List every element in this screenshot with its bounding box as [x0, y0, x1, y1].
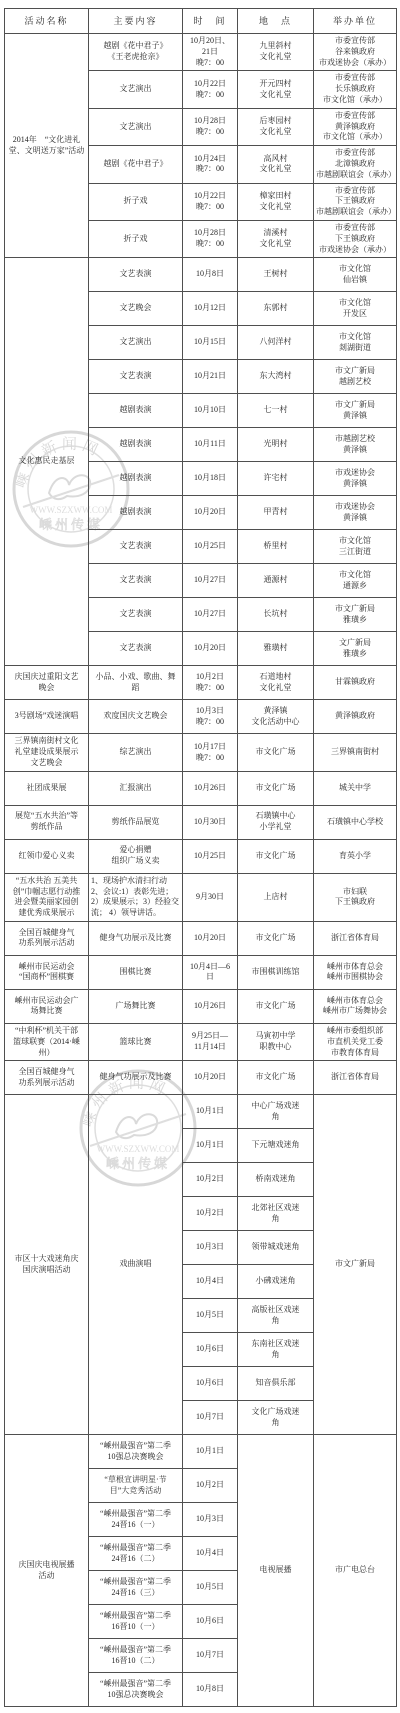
- content-cell: 健身气功展示及比赛: [89, 921, 183, 955]
- place-cell: 文化广场戏迷 角: [238, 1401, 314, 1435]
- place-cell: 九里斜村 文化礼堂: [238, 34, 314, 71]
- time-cell: 10月30日: [183, 805, 238, 839]
- organizer-cell: 市文化馆 开发区: [314, 292, 397, 326]
- time-cell: 10月6日: [183, 1367, 238, 1401]
- activity-group-name: 庆国庆电视展播 活动: [5, 1435, 89, 1707]
- time-cell: 10月5日: [183, 1571, 238, 1605]
- content-cell: 越剧《花中君子》 《王老虎抢亲》: [89, 34, 183, 71]
- content-cell: 文艺演出: [89, 326, 183, 360]
- content-cell: 越剧表演: [89, 428, 183, 462]
- activity-group-name: 市区十大戏迷角庆 国庆演唱活动: [5, 1095, 89, 1435]
- table-row: 全国百城健身气 功系列展示活动健身气功展示及比赛10月20日市文化广场浙江省体育…: [5, 921, 397, 955]
- activity-group-name: 红领巾爱心义卖: [5, 839, 89, 873]
- table-row: 文化惠民走基层文艺表演10月8日王树村市文化馆 仙岩镇: [5, 258, 397, 292]
- time-cell: 10月1日: [183, 1129, 238, 1163]
- time-cell: 10月2日: [183, 1197, 238, 1231]
- place-cell: 市文化广场: [238, 839, 314, 873]
- place-cell: 高风村 文化礼堂: [238, 146, 314, 183]
- content-cell: “嵊州最强音”第二季 24晋16（三）: [89, 1571, 183, 1605]
- time-cell: 9月25日— 11月14日: [183, 1023, 238, 1060]
- place-cell: 王树村: [238, 258, 314, 292]
- content-cell: 爱心捐赠 组织广场义卖: [89, 839, 183, 873]
- time-cell: 10月10日: [183, 394, 238, 428]
- content-cell: 折子戏: [89, 183, 183, 220]
- organizer-cell: 市委宣传部 长乐镇政府 市文化馆（承办）: [314, 71, 397, 108]
- time-cell: 10月25日: [183, 839, 238, 873]
- organizer-cell: 市戏迷协会 黄泽镇: [314, 496, 397, 530]
- place-cell: 桥南戏迷角: [238, 1163, 314, 1197]
- time-cell: 10月4日: [183, 1265, 238, 1299]
- time-cell: 10月21日: [183, 360, 238, 394]
- place-cell: 通源村: [238, 564, 314, 598]
- organizer-cell: 浙江省体育局: [314, 921, 397, 955]
- time-cell: 10月20日: [183, 496, 238, 530]
- table-row: 红领巾爱心义卖爱心捐赠 组织广场义卖10月25日市文化广场育英小学: [5, 839, 397, 873]
- activity-group-name: 展览“五水共治”等 剪纸作品: [5, 805, 89, 839]
- time-cell: 10月22日 晚7：00: [183, 183, 238, 220]
- time-cell: 10月3日: [183, 1231, 238, 1265]
- place-cell: 清溪村 文化礼堂: [238, 220, 314, 257]
- content-cell: “嵊州最强音”第二季 16晋10（一）: [89, 1605, 183, 1639]
- time-cell: 10月28日 晚7：00: [183, 220, 238, 257]
- place-cell: 高版社区戏迷 角: [238, 1299, 314, 1333]
- content-cell: 越剧表演: [89, 394, 183, 428]
- organizer-cell: 市广电总台: [314, 1435, 397, 1707]
- time-cell: 10月7日: [183, 1401, 238, 1435]
- table-row: 庆国庆过重阳文艺 晚会小品、小戏、歌曲、舞 蹈10月2日 晚7：00石道地村 文…: [5, 666, 397, 700]
- content-cell: 文艺演出: [89, 108, 183, 145]
- content-cell: 综艺演出: [89, 734, 183, 771]
- content-cell: 汇报演出: [89, 771, 183, 805]
- place-cell: 甲青村: [238, 496, 314, 530]
- organizer-cell: 文广新局 雅璜乡: [314, 632, 397, 666]
- content-cell: 越剧表演: [89, 462, 183, 496]
- activity-group-name: 嵊州市民运动会 “国商杯”围棋赛: [5, 955, 89, 989]
- place-cell: 七一村: [238, 394, 314, 428]
- place-cell: 东大湾村: [238, 360, 314, 394]
- table-row: 市区十大戏迷角庆 国庆演唱活动戏曲演唱10月1日中心广场戏迷 角市文广新局: [5, 1095, 397, 1129]
- activity-group-name: 全国百城健身气 功系列展示活动: [5, 1061, 89, 1095]
- time-cell: 10月3日 晚7：00: [183, 700, 238, 734]
- content-cell: 广场舞比赛: [89, 989, 183, 1023]
- place-cell: 领带城戏迷角: [238, 1231, 314, 1265]
- time-cell: 10月28日 晚7：00: [183, 108, 238, 145]
- time-cell: 10月2日: [183, 1469, 238, 1503]
- time-cell: 10月6日: [183, 1605, 238, 1639]
- activity-schedule-table: 活动名称 主要内容 时 间 地 点 举办单位 2014年 “文化进礼堂、文明送万…: [4, 8, 397, 1707]
- content-cell: 欢度国庆文艺晚会: [89, 700, 183, 734]
- organizer-cell: 市文广新局 黄泽镇: [314, 394, 397, 428]
- organizer-cell: 嵊州市体育总会 嵊州市广场舞协会: [314, 989, 397, 1023]
- time-cell: 10月22日 晚7：00: [183, 71, 238, 108]
- column-header-time: 时 间: [183, 9, 238, 34]
- table-row: 3号剧场”戏迷演唱欢度国庆文艺晚会10月3日 晚7：00黄泽镇 文化活动中心黄泽…: [5, 700, 397, 734]
- time-cell: 10月24日 晚7：00: [183, 146, 238, 183]
- organizer-cell: 市妇联 下王镇政府: [314, 873, 397, 921]
- place-cell: 马寅初中学 职教中心: [238, 1023, 314, 1060]
- table-row: 展览“五水共治”等 剪纸作品剪纸作品展览10月30日石璜镇中心 小学礼堂石璜镇中…: [5, 805, 397, 839]
- content-cell: 文艺表演: [89, 258, 183, 292]
- place-cell: 市文化广场: [238, 921, 314, 955]
- table-row: 三界镇南街村文化 礼堂建设成果展示 文艺晚会综艺演出10月17日 晚7：00市文…: [5, 734, 397, 771]
- activity-group-name: 3号剧场”戏迷演唱: [5, 700, 89, 734]
- content-cell: 戏曲演唱: [89, 1095, 183, 1435]
- time-cell: 10月7日: [183, 1639, 238, 1673]
- time-cell: 10月11日: [183, 428, 238, 462]
- organizer-cell: 市文化馆 仙岩镇: [314, 258, 397, 292]
- time-cell: 10月26日: [183, 989, 238, 1023]
- organizer-cell: 市文化馆 通源乡: [314, 564, 397, 598]
- place-cell: 东郭村: [238, 292, 314, 326]
- content-cell: 越剧表演: [89, 496, 183, 530]
- time-cell: 10月1日: [183, 1095, 238, 1129]
- organizer-cell: 市越剧艺校 黄泽镇: [314, 428, 397, 462]
- content-cell: “嵊州最强音”第二季 16晋10（二）: [89, 1639, 183, 1673]
- content-cell: “草根宣讲明星·节 目”大竞秀活动: [89, 1469, 183, 1503]
- table-row: “五水共治 五美共 创”巾帼志愿行动推 进会暨美丽家园创 建优秀成果展示1、现场…: [5, 873, 397, 921]
- organizer-cell: 城关中学: [314, 771, 397, 805]
- time-cell: 10月2日: [183, 1163, 238, 1197]
- organizer-cell: 市戏迷协会 黄泽镇: [314, 462, 397, 496]
- organizer-cell: 嵊州市委组织部 市直机关党工委 市教育体育局: [314, 1023, 397, 1060]
- content-cell: 篮球比赛: [89, 1023, 183, 1060]
- place-cell: 开元四村 文化礼堂: [238, 71, 314, 108]
- place-cell: 市文化广场: [238, 771, 314, 805]
- time-cell: 10月25日: [183, 530, 238, 564]
- content-cell: “嵊州最强音”第二季 10强总决赛晚会: [89, 1435, 183, 1469]
- time-cell: 10月4日—6 日: [183, 955, 238, 989]
- time-cell: 10月20日、 21日 晚7：00: [183, 34, 238, 71]
- activity-group-name: 2014年 “文化进礼堂、文明送万家”活动: [5, 34, 89, 258]
- organizer-cell: 市文广新局 雅璜乡: [314, 598, 397, 632]
- organizer-cell: 育英小学: [314, 839, 397, 873]
- content-cell: 文艺表演: [89, 598, 183, 632]
- activity-group-name: 三界镇南街村文化 礼堂建设成果展示 文艺晚会: [5, 734, 89, 771]
- column-header-place: 地 点: [238, 9, 314, 34]
- table-row: 社团成果展汇报演出10月26日市文化广场城关中学: [5, 771, 397, 805]
- content-cell: 折子戏: [89, 220, 183, 257]
- organizer-cell: 市文广新局 越剧艺校: [314, 360, 397, 394]
- place-cell: 雅璜村: [238, 632, 314, 666]
- organizer-cell: 嵊州市体育总会 嵊州市围棋协会: [314, 955, 397, 989]
- content-cell: 文艺表演: [89, 632, 183, 666]
- column-header-activity-name: 活动名称: [5, 9, 89, 34]
- time-cell: 10月18日: [183, 462, 238, 496]
- organizer-cell: 市文广新局: [314, 1095, 397, 1435]
- time-cell: 10月26日: [183, 771, 238, 805]
- time-cell: 10月2日 晚7：00: [183, 666, 238, 700]
- time-cell: 10月17日 晚7：00: [183, 734, 238, 771]
- table-row: 全国百城健身气 功系列展示活动健身气功展示及比赛10月20日市文化广场浙江省体育…: [5, 1061, 397, 1095]
- organizer-cell: 市委宣传部 下王镇政府 市越剧联谊会（承办）: [314, 183, 397, 220]
- place-cell: 东南社区戏迷 角: [238, 1333, 314, 1367]
- activity-group-name: 嵊州市民运动会广 场舞比赛: [5, 989, 89, 1023]
- organizer-cell: 三界镇南街村: [314, 734, 397, 771]
- place-cell: 中心广场戏迷 角: [238, 1095, 314, 1129]
- table-row: 嵊州市民运动会 “国商杯”围棋赛围棋比赛10月4日—6 日市围棋训练馆嵊州市体育…: [5, 955, 397, 989]
- table-row: 嵊州市民运动会广 场舞比赛广场舞比赛10月26日市文化广场嵊州市体育总会 嵊州市…: [5, 989, 397, 1023]
- content-cell: 健身气功展示及比赛: [89, 1061, 183, 1095]
- content-cell: “嵊州最强音”第二季 24晋16（二）: [89, 1537, 183, 1571]
- activity-group-name: 庆国庆过重阳文艺 晚会: [5, 666, 89, 700]
- time-cell: 10月5日: [183, 1299, 238, 1333]
- table-header-row: 活动名称 主要内容 时 间 地 点 举办单位: [5, 9, 397, 34]
- activity-group-name: “五水共治 五美共 创”巾帼志愿行动推 进会暨美丽家园创 建优秀成果展示: [5, 873, 89, 921]
- table-row: “中利杯”机关干部 篮球联赛（2014·嵊 州）篮球比赛9月25日— 11月14…: [5, 1023, 397, 1060]
- content-cell: 文艺表演: [89, 564, 183, 598]
- content-cell: “嵊州最强音”第二季 10强总决赛晚会: [89, 1673, 183, 1707]
- organizer-cell: 甘霖镇政府: [314, 666, 397, 700]
- place-cell: 市文化广场: [238, 989, 314, 1023]
- place-cell: 知音俱乐部: [238, 1367, 314, 1401]
- organizer-cell: 市文化馆 剡湖街道: [314, 326, 397, 360]
- content-cell: 越剧《花中君子》: [89, 146, 183, 183]
- place-cell: 北郊社区戏迷 角: [238, 1197, 314, 1231]
- organizer-cell: 市委宣传部 谷来镇政府 市戏迷协会（承办）: [314, 34, 397, 71]
- place-cell: 桥里村: [238, 530, 314, 564]
- organizer-cell: 市委宣传部 黄泽镇政府 市文化馆（承办）: [314, 108, 397, 145]
- time-cell: 10月20日: [183, 632, 238, 666]
- place-cell: 上店村: [238, 873, 314, 921]
- activity-group-name: “中利杯”机关干部 篮球联赛（2014·嵊 州）: [5, 1023, 89, 1060]
- time-cell: 10月8日: [183, 1673, 238, 1707]
- content-cell: “嵊州最强音”第二季 24晋16（一）: [89, 1503, 183, 1537]
- table-row: 2014年 “文化进礼堂、文明送万家”活动越剧《花中君子》 《王老虎抢亲》10月…: [5, 34, 397, 71]
- place-cell: 电视展播: [238, 1435, 314, 1707]
- place-cell: 光明村: [238, 428, 314, 462]
- place-cell: 黄泽镇 文化活动中心: [238, 700, 314, 734]
- time-cell: 10月1日: [183, 1435, 238, 1469]
- content-cell: 文艺演出: [89, 71, 183, 108]
- place-cell: 八何洋村: [238, 326, 314, 360]
- time-cell: 10月20日: [183, 1061, 238, 1095]
- column-header-organizer: 举办单位: [314, 9, 397, 34]
- time-cell: 10月20日: [183, 921, 238, 955]
- place-cell: 樟家田村 文化礼堂: [238, 183, 314, 220]
- content-cell: 围棋比赛: [89, 955, 183, 989]
- place-cell: 小砩戏迷角: [238, 1265, 314, 1299]
- column-header-main-content: 主要内容: [89, 9, 183, 34]
- activity-group-name: 文化惠民走基层: [5, 258, 89, 666]
- place-cell: 下元塘戏迷角: [238, 1129, 314, 1163]
- content-cell: 1、现场护水清扫行动 2、会议:1）表彰先进；2）成果展示；3）经验交流； 4）…: [89, 873, 183, 921]
- place-cell: 后枣园村 文化礼堂: [238, 108, 314, 145]
- time-cell: 9月30日: [183, 873, 238, 921]
- content-cell: 文艺晚会: [89, 292, 183, 326]
- time-cell: 10月8日: [183, 258, 238, 292]
- place-cell: 市文化广场: [238, 1061, 314, 1095]
- organizer-cell: 浙江省体育局: [314, 1061, 397, 1095]
- content-cell: 文艺表演: [89, 360, 183, 394]
- schedule-table-body: 2014年 “文化进礼堂、文明送万家”活动越剧《花中君子》 《王老虎抢亲》10月…: [5, 34, 397, 1707]
- activity-schedule-page: 嵊州新闻网 WWW.SZXWW.COM 嵊州传媒 嵊州新闻网 WWW.SZXWW…: [0, 0, 400, 1713]
- time-cell: 10月27日: [183, 598, 238, 632]
- place-cell: 许宅村: [238, 462, 314, 496]
- activity-group-name: 社团成果展: [5, 771, 89, 805]
- organizer-cell: 市委宣传部 北漳镇政府 市越剧联谊会（承办）: [314, 146, 397, 183]
- time-cell: 10月12日: [183, 292, 238, 326]
- activity-group-name: 全国百城健身气 功系列展示活动: [5, 921, 89, 955]
- place-cell: 市围棋训练馆: [238, 955, 314, 989]
- organizer-cell: 黄泽镇政府: [314, 700, 397, 734]
- place-cell: 长坑村: [238, 598, 314, 632]
- place-cell: 石道地村 文化礼堂: [238, 666, 314, 700]
- organizer-cell: 市文化馆 三江街道: [314, 530, 397, 564]
- time-cell: 10月6日: [183, 1333, 238, 1367]
- time-cell: 10月27日: [183, 564, 238, 598]
- content-cell: 小品、小戏、歌曲、舞 蹈: [89, 666, 183, 700]
- organizer-cell: 石璜镇中心学校: [314, 805, 397, 839]
- content-cell: 剪纸作品展览: [89, 805, 183, 839]
- place-cell: 市文化广场: [238, 734, 314, 771]
- content-cell: 文艺表演: [89, 530, 183, 564]
- time-cell: 10月3日: [183, 1503, 238, 1537]
- time-cell: 10月4日: [183, 1537, 238, 1571]
- place-cell: 石璜镇中心 小学礼堂: [238, 805, 314, 839]
- organizer-cell: 市委宣传部 下王镇政府 市戏迷协会（承办）: [314, 220, 397, 257]
- table-row: 庆国庆电视展播 活动“嵊州最强音”第二季 10强总决赛晚会10月1日电视展播市广…: [5, 1435, 397, 1469]
- time-cell: 10月15日: [183, 326, 238, 360]
